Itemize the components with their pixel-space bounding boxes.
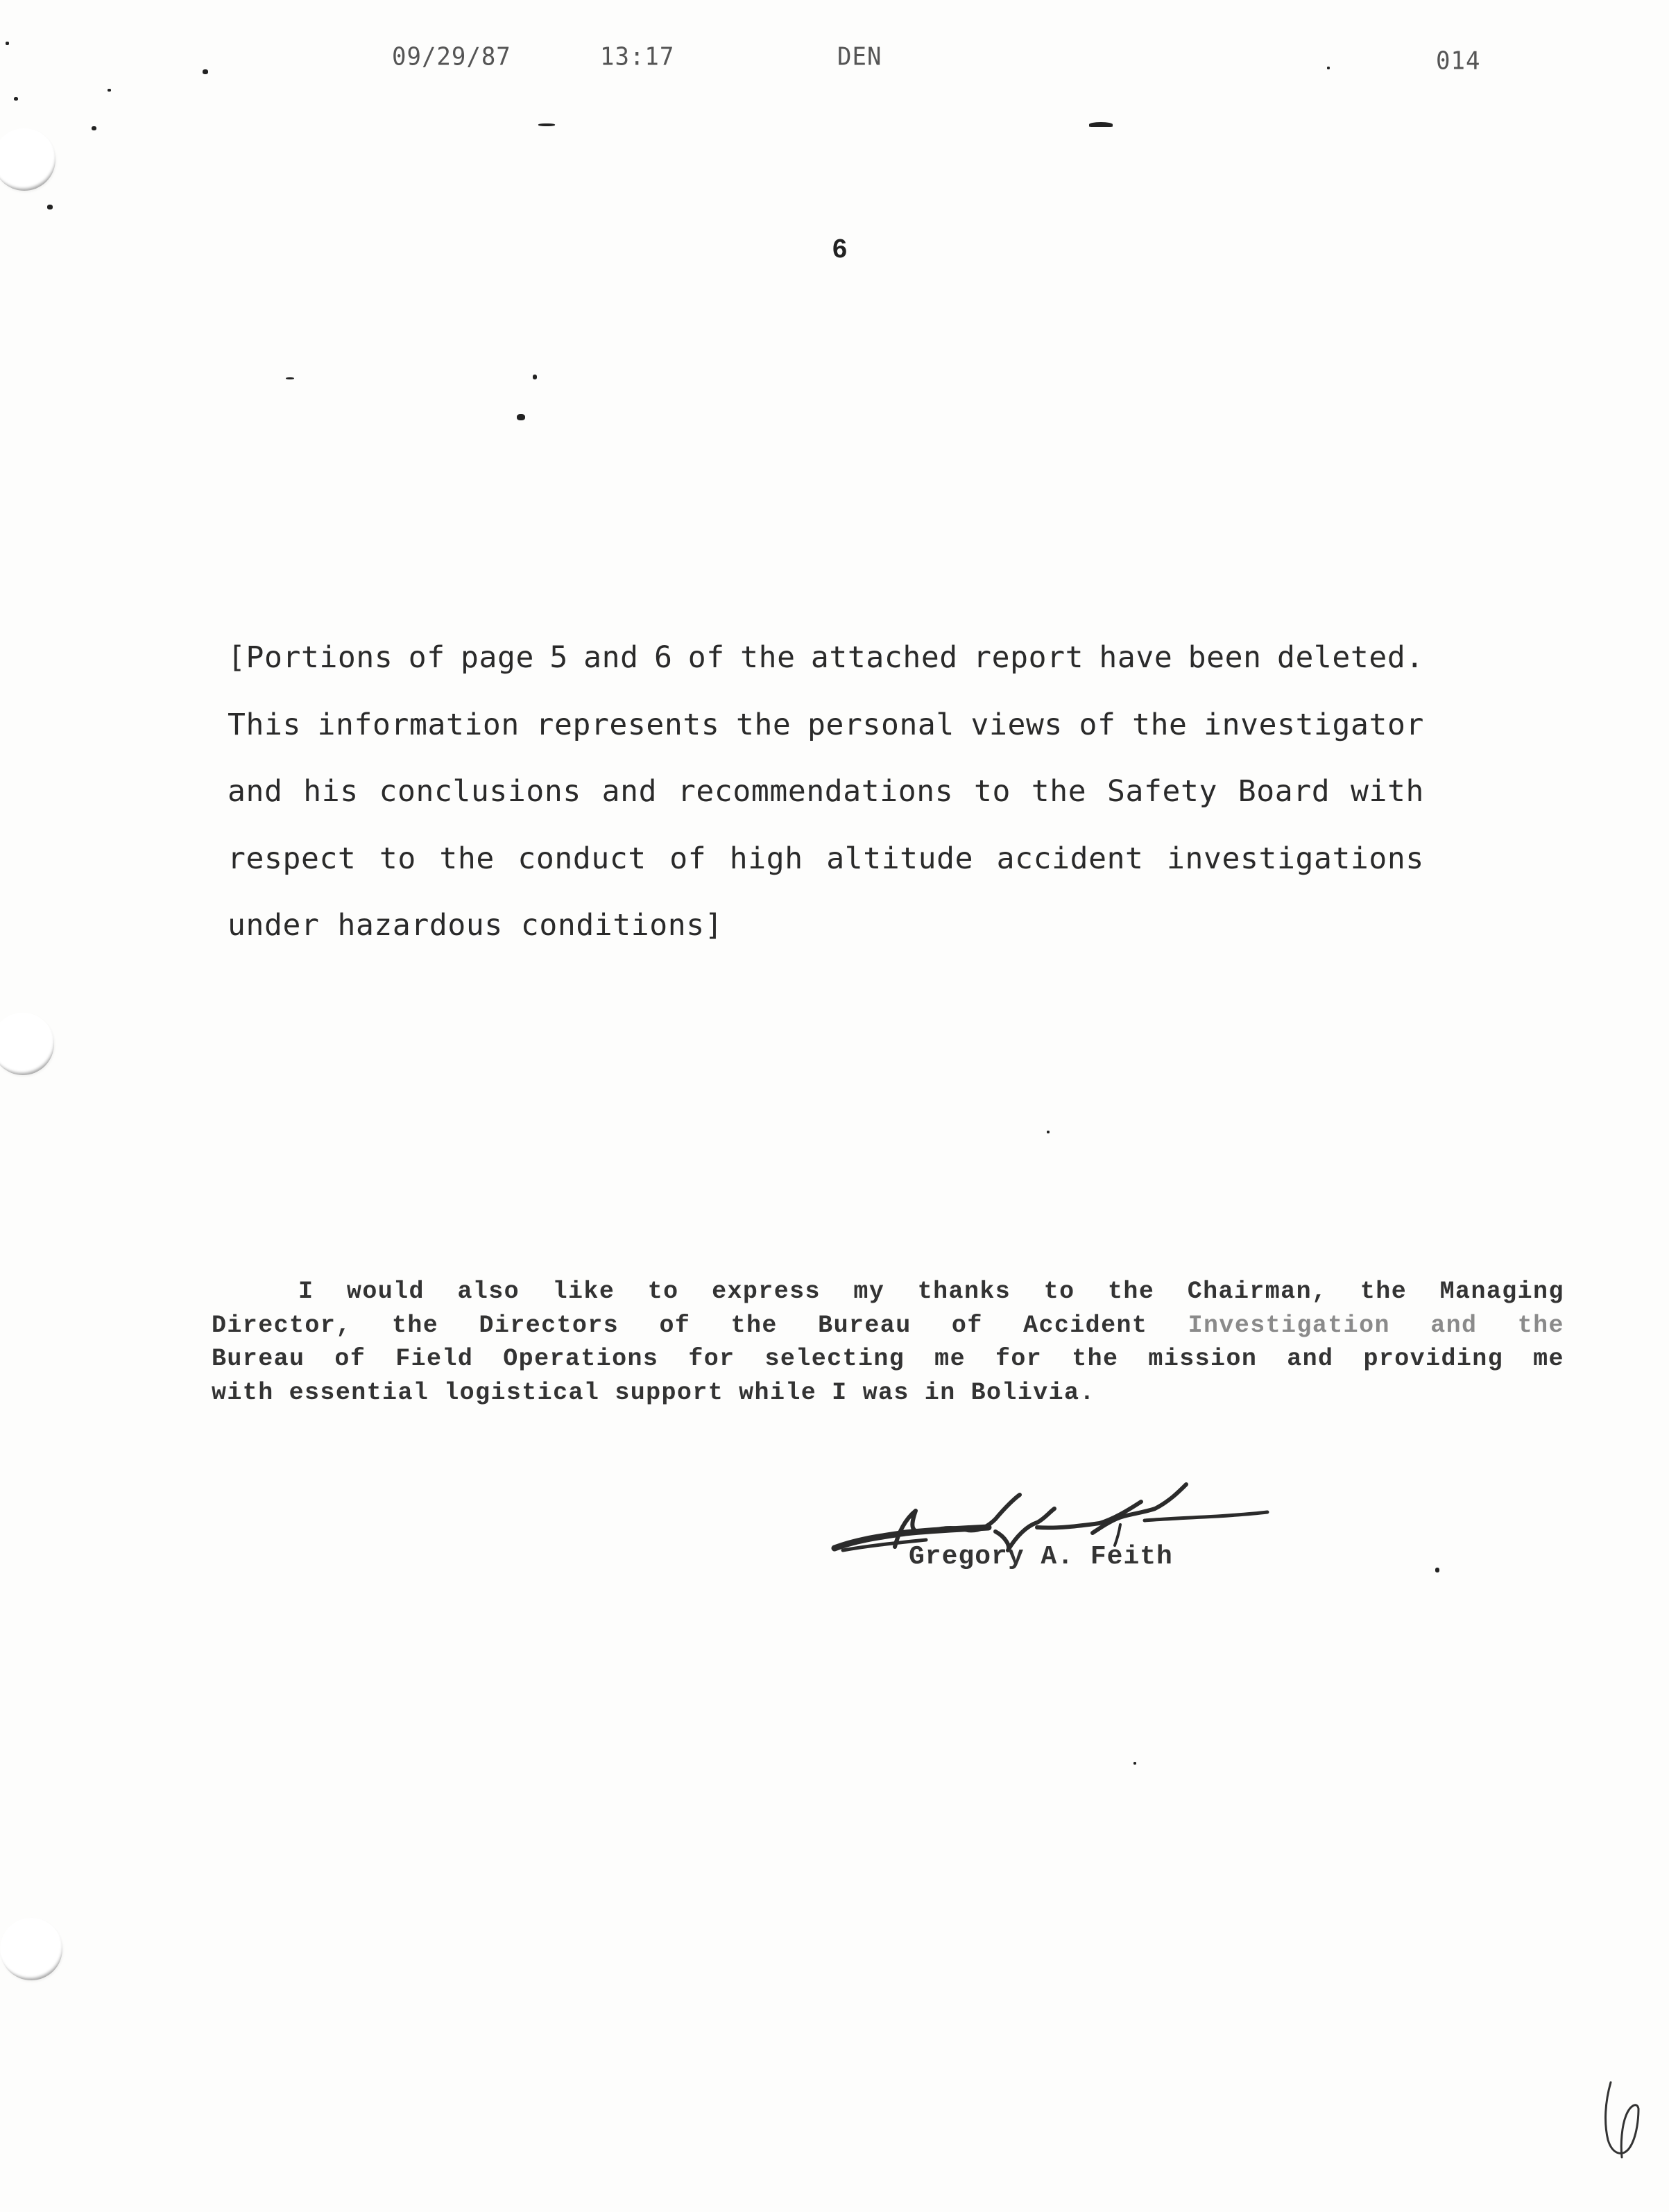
page-number: 6 <box>832 234 847 264</box>
word: conduct <box>517 825 646 893</box>
word: of <box>334 1342 366 1376</box>
word: express <box>712 1275 821 1309</box>
word: high <box>730 825 803 893</box>
word: while <box>739 1376 816 1410</box>
word: personal <box>807 692 955 759</box>
word: in <box>925 1376 956 1410</box>
word: I <box>832 1376 847 1410</box>
word: support <box>615 1376 724 1410</box>
word: Bolivia. <box>971 1376 1095 1410</box>
word: Director, <box>212 1309 352 1343</box>
word: the <box>439 825 494 893</box>
word: would <box>347 1275 425 1309</box>
word: [Portions <box>228 624 393 692</box>
scan-speck <box>6 42 9 45</box>
deletion-notice: [Portionsofpage5and6oftheattachedreporth… <box>228 624 1424 959</box>
scan-speck <box>203 69 208 74</box>
word: and <box>1430 1309 1477 1343</box>
word: altitude <box>826 825 973 893</box>
word: my <box>853 1275 884 1309</box>
word: the <box>1132 692 1187 759</box>
word: his <box>303 758 358 825</box>
word: information <box>318 692 520 759</box>
word: with <box>212 1376 274 1410</box>
signer-name: Gregory A. Feith <box>909 1542 1173 1572</box>
word: Bureau <box>212 1342 305 1376</box>
word: me <box>934 1342 966 1376</box>
fax-time: 13:17 <box>600 42 674 71</box>
word: the <box>731 1309 778 1343</box>
word: Field <box>395 1342 473 1376</box>
word: Bureau <box>818 1309 911 1343</box>
scan-speck <box>47 205 53 209</box>
word: recommendations <box>678 758 953 825</box>
word: and <box>602 758 657 825</box>
word: also <box>457 1275 520 1309</box>
word: and <box>1287 1342 1333 1376</box>
word: of <box>952 1309 983 1343</box>
word: 5 <box>549 624 568 692</box>
scan-speck <box>538 123 555 126</box>
word: was <box>863 1376 909 1410</box>
scan-speck <box>1047 1131 1050 1133</box>
word: the <box>1108 1275 1154 1309</box>
word: I <box>298 1275 314 1309</box>
scan-speck <box>108 89 111 92</box>
text-line: Thisinformationrepresentsthepersonalview… <box>228 692 1424 759</box>
word: for <box>688 1342 735 1376</box>
word: logistical <box>444 1376 599 1410</box>
word: providing <box>1363 1342 1503 1376</box>
hole-punch <box>0 1918 62 1980</box>
word: been <box>1188 624 1262 692</box>
fax-page-count: 014 <box>1436 46 1480 76</box>
word: Board <box>1238 758 1330 825</box>
scan-speck <box>14 97 18 101</box>
word: Investigation <box>1188 1309 1390 1343</box>
scan-speck <box>1435 1568 1439 1572</box>
word: the <box>736 692 791 759</box>
word: Operations <box>503 1342 658 1376</box>
word: like <box>553 1275 615 1309</box>
word: conclusions <box>379 758 581 825</box>
word: represents <box>536 692 719 759</box>
text-line: andhisconclusionsandrecommendationstothe… <box>228 758 1424 825</box>
text-line: respecttotheconductofhighaltitudeacciden… <box>228 825 1424 893</box>
word: have <box>1099 624 1172 692</box>
word: views <box>970 692 1062 759</box>
word: of <box>659 1309 690 1343</box>
word: Safety <box>1107 758 1217 825</box>
word: This <box>228 692 301 759</box>
word: hazardous <box>337 892 502 959</box>
word: page <box>461 624 534 692</box>
word: the <box>1518 1309 1564 1343</box>
fax-origin: DEN <box>837 42 882 71</box>
word: the <box>1032 758 1086 825</box>
word: conditions] <box>521 892 723 959</box>
word: mission <box>1148 1342 1257 1376</box>
word: to <box>1044 1275 1075 1309</box>
word: respect <box>228 825 356 893</box>
text-line: IwouldalsoliketoexpressmythankstotheChai… <box>212 1275 1564 1309</box>
word: investigations <box>1167 825 1424 893</box>
word: for <box>995 1342 1042 1376</box>
word: of <box>688 624 725 692</box>
acknowledgement-paragraph: IwouldalsoliketoexpressmythankstotheChai… <box>212 1275 1564 1409</box>
hole-punch <box>0 1013 54 1075</box>
word: the <box>392 1309 438 1343</box>
fax-date: 09/29/87 <box>392 42 511 71</box>
word: and <box>583 624 638 692</box>
hole-punch <box>0 128 55 191</box>
word: under <box>228 892 319 959</box>
scan-speck <box>533 375 537 379</box>
word: and <box>228 758 282 825</box>
scan-speck <box>1089 122 1113 127</box>
word: to <box>648 1275 679 1309</box>
word: to <box>379 825 416 893</box>
word: essential <box>289 1376 429 1410</box>
word: with <box>1351 758 1424 825</box>
text-line: Director,theDirectorsoftheBureauofAccide… <box>212 1309 1564 1343</box>
word: attached <box>811 624 958 692</box>
handwritten-page-mark-icon <box>1602 2081 1644 2164</box>
word: the <box>740 624 795 692</box>
word: 6 <box>654 624 673 692</box>
word: thanks <box>918 1275 1011 1309</box>
word: me <box>1533 1342 1564 1376</box>
word: selecting <box>765 1342 905 1376</box>
word: report <box>973 624 1084 692</box>
scan-speck <box>517 414 525 420</box>
text-line: underhazardousconditions] <box>228 892 1424 959</box>
word: to <box>974 758 1011 825</box>
scan-speck <box>1133 1762 1136 1765</box>
word: accident <box>997 825 1144 893</box>
word: Managing <box>1440 1275 1564 1309</box>
document-page: 09/29/87 13:17 DEN 014 6 [Portionsofpage… <box>0 0 1669 2212</box>
text-line: BureauofFieldOperationsforselectingmefor… <box>212 1342 1564 1376</box>
word: Chairman, <box>1188 1275 1328 1309</box>
word: of <box>1079 692 1116 759</box>
word: the <box>1072 1342 1118 1376</box>
word: of <box>669 825 706 893</box>
scan-speck <box>1327 67 1330 69</box>
word: Accident <box>1023 1309 1147 1343</box>
word: investigator <box>1204 692 1424 759</box>
text-line: [Portionsofpage5and6oftheattachedreporth… <box>228 624 1424 692</box>
word: of <box>409 624 445 692</box>
word: the <box>1360 1275 1407 1309</box>
text-line: withessentiallogisticalsupportwhileIwasi… <box>212 1376 1564 1410</box>
word: Directors <box>479 1309 619 1343</box>
scan-speck <box>286 377 294 379</box>
word: deleted. <box>1277 624 1424 692</box>
scan-speck <box>92 126 96 130</box>
